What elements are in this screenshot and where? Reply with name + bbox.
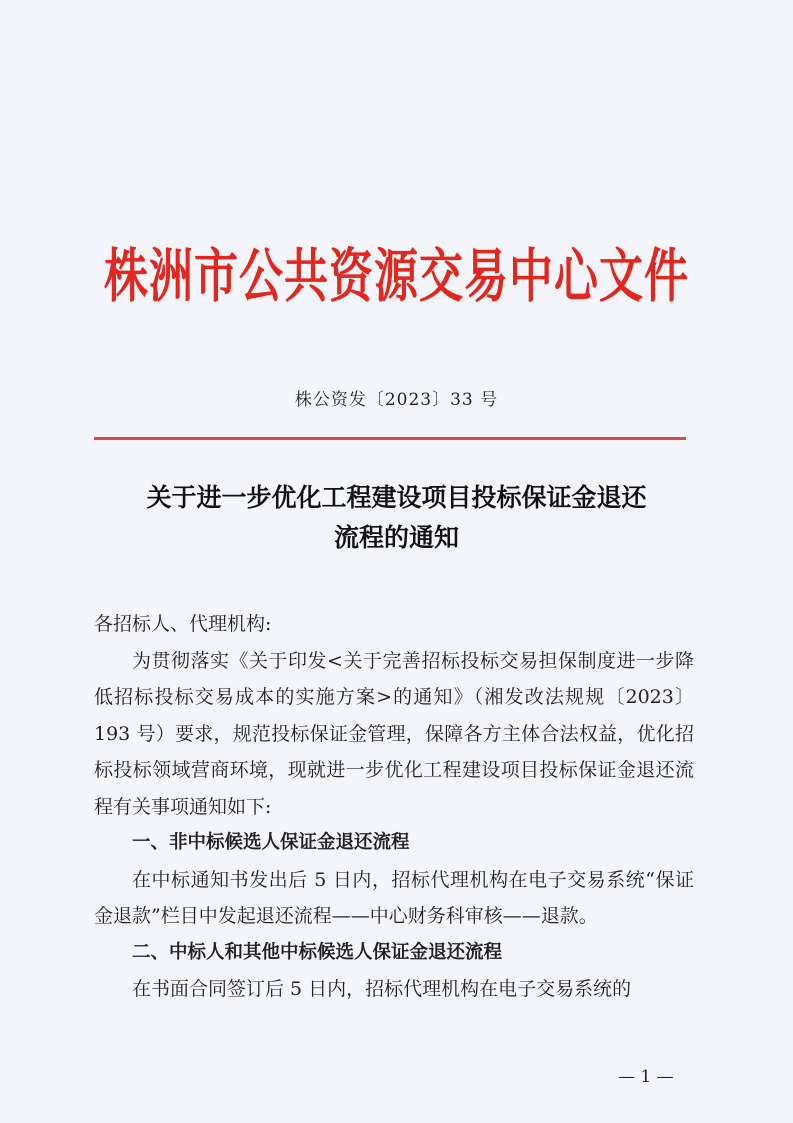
notice-body: 各招标人、代理机构: 为贯彻落实《关于印发<关于完善招标投标交易担保制度进一步降… (94, 606, 694, 1008)
document-number: 株公资发〔2023〕33 号 (0, 385, 793, 410)
masthead-title: 株洲市公共资源交易中心文件 (0, 238, 793, 317)
notice-title-line-1: 关于进一步优化工程建设项目投标保证金退还 (0, 478, 793, 518)
red-divider-line (94, 437, 686, 440)
section-paragraph-2: 在书面合同签订后 5 日内，招标代理机构在电子交易系统的 (94, 971, 694, 1008)
intro-paragraph: 为贯彻落实《关于印发<关于完善招标投标交易担保制度进一步降低招标投标交易成本的实… (94, 643, 694, 826)
salutation: 各招标人、代理机构: (94, 606, 694, 643)
section-heading-2: 二、中标人和其他中标候选人保证金退还流程 (94, 935, 694, 972)
notice-title: 关于进一步优化工程建设项目投标保证金退还 流程的通知 (0, 478, 793, 558)
section-paragraph-1: 在中标通知书发出后 5 日内，招标代理机构在电子交易系统“保证金退款”栏目中发起… (94, 862, 694, 935)
section-heading-1: 一、非中标候选人保证金退还流程 (94, 825, 694, 862)
page-number: — 1 — (618, 1067, 674, 1087)
notice-title-line-2: 流程的通知 (0, 518, 793, 558)
document-page: 株洲市公共资源交易中心文件 株公资发〔2023〕33 号 关于进一步优化工程建设… (0, 0, 793, 1123)
